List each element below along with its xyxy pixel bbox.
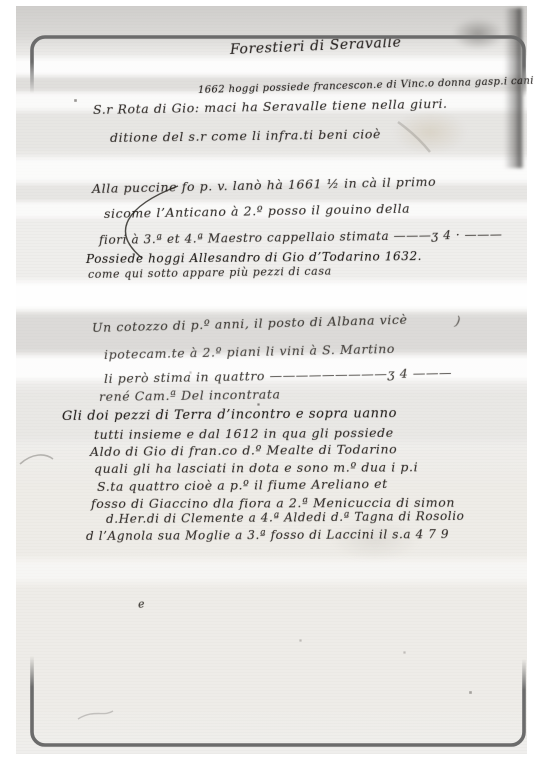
page-edge-shadow [504, 8, 524, 168]
marginal-mark: e [137, 597, 145, 611]
entry-terra-line: S.ta quattro cioè a p.º il fiume Arelian… [97, 476, 388, 494]
paper-stain [393, 110, 467, 154]
entry-cotozzo-line: rené Cam.ª Del incontrata [99, 386, 281, 404]
entry-terra-line: Aldo di Gio di fran.co d.º Mealte di Tod… [90, 441, 397, 459]
paper-specks [0, 0, 1, 1]
entry-terra-line: tutti insieme e dal 1612 in qua gli poss… [94, 425, 394, 442]
ink-smudge-top-right [452, 18, 504, 50]
entry-casa-line: Possiede hoggi Allesandro di Gio d’Todar… [86, 249, 422, 266]
entry-terra-line: Gli doi pezzi di Terra d’incontro e sopr… [62, 406, 397, 424]
entry-terra-line: d l’Agnola sua Moglie a 3.ª fosso di Lac… [86, 527, 449, 543]
entry-terra-line: quali gli ha lasciati in dota e sono m.º… [94, 459, 418, 476]
screenshot-root: { "manuscript": { "title": "Forestieri d… [0, 0, 539, 760]
